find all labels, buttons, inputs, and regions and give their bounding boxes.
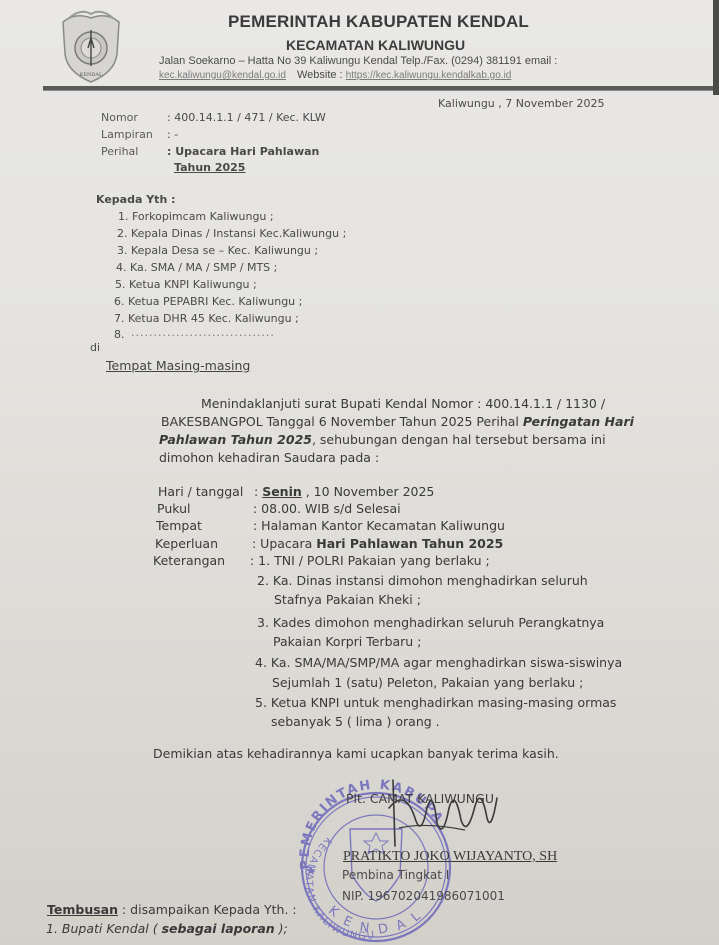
place-date: Kaliwungu , 7 November 2025 xyxy=(438,97,604,110)
body-text: BAKESBANGPOL Tanggal 6 November Tahun 20… xyxy=(161,414,523,429)
detail-colon: : xyxy=(254,484,262,499)
letterhead-divider xyxy=(43,86,713,91)
signer-position: Plt. CAMAT KALIWUNGU xyxy=(346,791,494,806)
closing-text: Demikian atas kehadirannya kami ucapkan … xyxy=(153,746,559,761)
detail-value-date: : Senin , 10 November 2025 xyxy=(254,484,434,499)
detail-label-date: Hari / tanggal xyxy=(158,484,243,499)
svg-text:★: ★ xyxy=(305,864,317,879)
svg-text:KENDAL: KENDAL xyxy=(80,72,103,78)
letterhead-address: Jalan Soekarno – Hatta No 39 Kaliwungu K… xyxy=(159,55,557,67)
detail-purpose-text: : Upacara xyxy=(252,536,316,551)
body-emphasis: Pahlawan Tahun 2025 xyxy=(159,432,312,447)
note-item-cont: Pakaian Korpri Terbaru ; xyxy=(273,634,421,649)
recipient-item: 2. Kepala Dinas / Instansi Kec.Kaliwungu… xyxy=(117,227,346,240)
detail-label-time: Pukul xyxy=(157,501,191,516)
body-text: , sehubungan dengan hal tersebut bersama… xyxy=(312,432,606,447)
copy-text: : disampaikan Kepada Yth. : xyxy=(118,902,297,917)
body-emphasis: Peringatan Hari xyxy=(523,414,634,429)
body-line-1: Menindaklanjuti surat Bupati Kendal Nomo… xyxy=(201,396,605,411)
recipient-item: 7. Ketua DHR 45 Kec. Kaliwungu ; xyxy=(114,312,299,325)
note-item: 4. Ka. SMA/MA/SMP/MA agar menghadirkan s… xyxy=(255,655,622,670)
copy-heading: Tembusan : disampaikan Kepada Yth. : xyxy=(47,902,297,917)
note-item-cont: Sejumlah 1 (satu) Peleton, Pakaian yang … xyxy=(272,675,583,690)
recipients-place: Tempat Masing-masing xyxy=(106,358,250,373)
recipient-item: 1. Forkopimcam Kaliwungu ; xyxy=(118,210,274,223)
body-line-4: dimohon kehadiran Saudara pada : xyxy=(159,450,379,465)
detail-label-purpose: Keperluan xyxy=(155,536,218,551)
detail-date-text: , 10 November 2025 xyxy=(302,484,435,499)
detail-purpose-emphasis: Hari Pahlawan Tahun 2025 xyxy=(316,536,503,551)
note-item: 5. Ketua KNPI untuk menghadirkan masing-… xyxy=(255,695,616,710)
detail-value-purpose: : Upacara Hari Pahlawan Tahun 2025 xyxy=(252,536,503,551)
copy-item-end: ); xyxy=(275,921,288,936)
meta-label-nomor: Nomor xyxy=(101,111,138,124)
kendal-regency-emblem-icon: KENDAL xyxy=(55,8,127,84)
meta-value-lampiran: : - xyxy=(167,128,178,141)
photo-edge-shadow xyxy=(713,0,719,95)
note-item-cont: sebanyak 5 ( lima ) orang . xyxy=(271,714,440,729)
letterhead-title: PEMERINTAH KABUPATEN KENDAL xyxy=(228,12,529,32)
body-line-2: BAKESBANGPOL Tanggal 6 November Tahun 20… xyxy=(161,414,634,429)
note-item: 3. Kades dimohon menghadirkan seluruh Pe… xyxy=(257,615,604,630)
copy-label: Tembusan xyxy=(47,902,118,917)
meta-label-lampiran: Lampiran xyxy=(101,128,153,141)
website-label: Website : xyxy=(297,69,343,81)
detail-value-notes: : 1. TNI / POLRI Pakaian yang berlaku ; xyxy=(250,553,490,568)
meta-value-perihal: : Upacara Hari Pahlawan xyxy=(167,145,319,158)
signer-nip: NIP. 196702041986071001 xyxy=(342,889,505,903)
meta-value-nomor: : 400.14.1.1 / 471 / Kec. KLW xyxy=(167,111,326,124)
detail-value-place: : Halaman Kantor Kecamatan Kaliwungu xyxy=(253,518,505,533)
recipient-item: 5. Ketua KNPI Kaliwungu ; xyxy=(115,278,257,291)
recipient-item: 4. Ka. SMA / MA / SMP / MTS ; xyxy=(116,261,277,274)
letterhead-contact: kec.kaliwungu@kendal.go.id Website : htt… xyxy=(159,69,511,81)
body-line-3: Pahlawan Tahun 2025, sehubungan dengan h… xyxy=(159,432,606,447)
email-link[interactable]: kec.kaliwungu@kendal.go.id xyxy=(159,70,286,81)
recipient-placeholder-dots: ................................ xyxy=(131,326,275,339)
recipients-heading: Kepada Yth : xyxy=(96,193,176,206)
signer-rank: Pembina Tingkat I xyxy=(342,868,449,882)
detail-label-place: Tempat xyxy=(156,518,202,533)
note-item: 2. Ka. Dinas instansi dimohon menghadirk… xyxy=(257,573,588,588)
copy-item-text: 1. Bupati Kendal ( xyxy=(46,921,162,936)
copy-item: 1. Bupati Kendal ( sebagai laporan ); xyxy=(46,921,288,936)
website-link[interactable]: https://kec.kaliwungu.kendalkab.go.id xyxy=(346,70,512,81)
recipient-item: 3. Kepala Desa se – Kec. Kaliwungu ; xyxy=(117,244,318,257)
signer-name: PRATIKTO JOKO WIJAYANTO, SH xyxy=(343,849,557,865)
detail-day: Senin xyxy=(262,484,302,499)
meta-value-perihal-year: Tahun 2025 xyxy=(174,161,245,174)
signature-icon xyxy=(385,778,505,848)
detail-value-time: : 08.00. WIB s/d Selesai xyxy=(253,501,401,516)
recipients-di: di xyxy=(90,341,100,354)
detail-label-notes: Keterangan xyxy=(153,553,225,568)
recipient-item: 6. Ketua PEPABRI Kec. Kaliwungu ; xyxy=(114,295,302,308)
note-item-cont: Stafnya Pakaian Kheki ; xyxy=(274,592,421,607)
letterhead-subtitle: KECAMATAN KALIWUNGU xyxy=(286,37,465,53)
meta-label-perihal: Perihal xyxy=(101,145,138,158)
recipient-item: 8. xyxy=(114,328,125,341)
copy-item-emphasis: sebagai laporan xyxy=(162,921,275,936)
